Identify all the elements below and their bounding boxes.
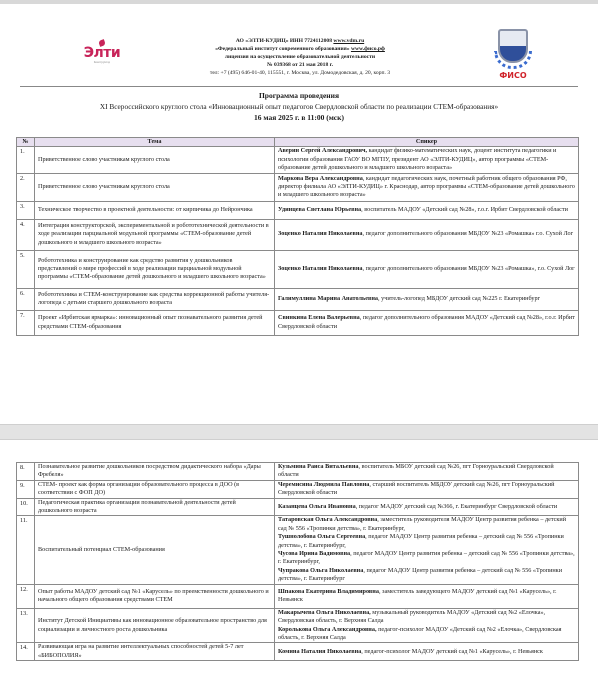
- speaker-entry: Татаровская Ольга Александровна, замести…: [278, 516, 575, 533]
- row-number: 1.: [17, 147, 35, 173]
- shield-icon: [498, 29, 528, 63]
- program-table-part-2: 8.Познавательное развитие дошкольников п…: [16, 462, 579, 661]
- row-topic: СТЕМ- проект как форма организации образ…: [35, 480, 275, 498]
- fiso-link[interactable]: www.фисо.рф: [351, 46, 385, 52]
- row-topic: Робототехника и конструирование как сред…: [35, 250, 275, 288]
- table-row: 1.Приветственное слово участникам кругло…: [17, 147, 579, 173]
- speaker-entry: Комина Наталия Николаевна, педагог-психо…: [278, 648, 575, 656]
- header-speaker: Спикер: [275, 138, 579, 147]
- row-number: 14.: [17, 643, 35, 661]
- speaker-name: Зоценко Наталия Николаевна: [278, 265, 363, 272]
- table-row: 7.Проект «Ирбитская ярмарка»: инновацион…: [17, 310, 579, 335]
- table-row: 9.СТЕМ- проект как форма организации обр…: [17, 480, 579, 498]
- table-row: 12.Опыт работы МАДОУ детский сад №1 «Кар…: [17, 584, 579, 608]
- speaker-entry: Зоценко Наталия Николаевна, педагог допо…: [278, 265, 575, 273]
- row-number: 5.: [17, 250, 35, 288]
- header-topic: Тема: [35, 138, 275, 147]
- program-subtitle: XI Всероссийского круглого стола «Иннова…: [0, 101, 598, 112]
- speaker-name: Чупракова Ольга Николаевна: [278, 567, 363, 574]
- speaker-description: , педагог дополнительного образования МБ…: [363, 230, 574, 237]
- row-number: 13.: [17, 608, 35, 643]
- row-topic: Интеграция конструкторской, эксперимента…: [35, 219, 275, 250]
- row-number: 9.: [17, 480, 35, 498]
- elti-logo-text: Элти: [82, 46, 122, 60]
- speaker-name: Шпакова Екатерина Владимировна: [278, 588, 379, 595]
- row-number: 8.: [17, 463, 35, 481]
- row-number: 10.: [17, 498, 35, 516]
- table-row: 14.Развивающая игра на развитие интеллек…: [17, 643, 579, 661]
- company-line: АО «ЭЛТИ-КУДИЦ» ИНН 7724112008: [236, 38, 334, 44]
- row-number: 4.: [17, 219, 35, 250]
- speaker-description: , педагог МАДОУ детский сад №366, г. Ека…: [356, 503, 558, 510]
- table-row: 6.Робототехника и СТЕМ-конструирование к…: [17, 288, 579, 310]
- table-row: 3.Техническое творчество в проектной дея…: [17, 201, 579, 219]
- row-topic: Развивающая игра на развитие интеллектуа…: [35, 643, 275, 661]
- row-speaker: Маркова Вера Александровна, кандидат пед…: [275, 173, 579, 201]
- speaker-name: Кузьмина Раиса Витальевна: [278, 463, 359, 470]
- speaker-name: Татаровская Ольга Александровна: [278, 516, 377, 523]
- row-number: 3.: [17, 201, 35, 219]
- row-speaker: Галимуллина Марина Анатольевна, учитель-…: [275, 288, 579, 310]
- speaker-name: Свинкина Елена Валерьевна: [278, 314, 360, 321]
- row-number: 11.: [17, 516, 35, 584]
- row-topic: Приветственное слово участникам круглого…: [35, 173, 275, 201]
- speaker-entry: Удинцева Светлана Юрьевна, воспитатель М…: [278, 206, 575, 214]
- row-topic: Робототехника и СТЕМ-конструирование как…: [35, 288, 275, 310]
- speaker-entry: Черемисина Людмила Павловна, старший вос…: [278, 481, 575, 498]
- vdm-link[interactable]: www.vdm.ru: [333, 38, 364, 44]
- speaker-description: , педагог-психолог МАДОУ детский сад №1 …: [361, 648, 543, 655]
- table-row: 8.Познавательное развитие дошкольников п…: [17, 463, 579, 481]
- speaker-entry: Свинкина Елена Валерьевна, педагог допол…: [278, 314, 575, 331]
- program-table-part-1: № Тема Спикер 1.Приветственное слово уча…: [16, 137, 579, 336]
- table-header-row: № Тема Спикер: [17, 138, 579, 147]
- program-date: 16 мая 2025 г. в 11:00 (мск): [0, 112, 598, 123]
- row-speaker: Черемисина Людмила Павловна, старший вос…: [275, 480, 579, 498]
- speaker-entry: Аверин Сергей Александрович, кандидат фи…: [278, 147, 575, 172]
- speaker-name: Тушнолобова Ольга Сергеевна: [278, 533, 365, 540]
- license-number: № 039368 от 21 мая 2018 г.: [150, 61, 450, 69]
- row-speaker: Зоценко Наталия Николаевна, педагог допо…: [275, 250, 579, 288]
- speaker-description: , учитель-логопед МБДОУ детский сад №225…: [378, 295, 540, 302]
- speaker-description: , воспитатель МАДОУ «Детский сад №28», г…: [361, 206, 568, 213]
- row-topic: Опыт работы МАДОУ детский сад №1 «Карусе…: [35, 584, 275, 608]
- row-topic: Воспитательный потенциал СТЕМ-образовани…: [35, 516, 275, 584]
- letterhead-text: АО «ЭЛТИ-КУДИЦ» ИНН 7724112008 www.vdm.r…: [150, 37, 450, 77]
- row-speaker: Аверин Сергей Александрович, кандидат фи…: [275, 147, 579, 173]
- row-speaker: Макарычева Ольга Николаевна, музыкальный…: [275, 608, 579, 643]
- row-topic: Приветственное слово участникам круглого…: [35, 147, 275, 173]
- contact-line: тел: +7 (495) 646-01-40, 115551, г. Моск…: [150, 69, 450, 77]
- program-title-block: Программа проведения XI Всероссийского к…: [0, 90, 598, 123]
- speaker-entry: Тушнолобова Ольга Сергеевна, педагог МАД…: [278, 533, 575, 550]
- speaker-name: Удинцева Светлана Юрьевна: [278, 206, 361, 213]
- table-row: 4.Интеграция конструкторской, эксперимен…: [17, 219, 579, 250]
- page-break: [0, 424, 598, 440]
- row-number: 12.: [17, 584, 35, 608]
- row-number: 7.: [17, 310, 35, 335]
- letterhead-divider: [20, 86, 578, 87]
- document-page-1: Элти Конструктор АО «ЭЛТИ-КУДИЦ» ИНН 772…: [0, 4, 598, 424]
- speaker-name: Королькова Ольга Александровна,: [278, 626, 377, 633]
- speaker-name: Маркова Вера Александровна: [278, 175, 363, 182]
- speaker-entry: Королькова Ольга Александровна, педагог-…: [278, 626, 575, 643]
- row-topic: Проект «Ирбитская ярмарка»: инновационны…: [35, 310, 275, 335]
- table-row: 10.Педагогическая практика организации п…: [17, 498, 579, 516]
- row-speaker: Зоценко Наталия Николаевна, педагог допо…: [275, 219, 579, 250]
- elti-logo: Элти Конструктор: [82, 46, 122, 76]
- speaker-entry: Казанцева Ольга Ивановна, педагог МАДОУ …: [278, 503, 575, 511]
- row-speaker: Свинкина Елена Валерьевна, педагог допол…: [275, 310, 579, 335]
- row-speaker: Казанцева Ольга Ивановна, педагог МАДОУ …: [275, 498, 579, 516]
- speaker-name: Аверин Сергей Александрович,: [278, 147, 367, 154]
- row-speaker: Комина Наталия Николаевна, педагог-психо…: [275, 643, 579, 661]
- header-num: №: [17, 138, 35, 147]
- speaker-name: Комина Наталия Николаевна: [278, 648, 361, 655]
- speaker-name: Макарычева Ольга Николаевна,: [278, 609, 371, 616]
- row-speaker: Кузьмина Раиса Витальевна, воспитатель М…: [275, 463, 579, 481]
- fiso-logo: ФИСО: [494, 29, 532, 85]
- row-topic: Техническое творчество в проектной деяте…: [35, 201, 275, 219]
- letterhead: Элти Конструктор АО «ЭЛТИ-КУДИЦ» ИНН 772…: [0, 4, 598, 84]
- row-speaker: Татаровская Ольга Александровна, замести…: [275, 516, 579, 584]
- row-speaker: Удинцева Светлана Юрьевна, воспитатель М…: [275, 201, 579, 219]
- speaker-entry: Кузьмина Раиса Витальевна, воспитатель М…: [278, 463, 575, 480]
- speaker-entry: Чусова Ирина Вадимовна, педагог МАДОУ Це…: [278, 550, 575, 567]
- speaker-name: Казанцева Ольга Ивановна: [278, 503, 356, 510]
- row-speaker: Шпакова Екатерина Владимировна, заместит…: [275, 584, 579, 608]
- program-heading: Программа проведения: [0, 90, 598, 101]
- row-number: 6.: [17, 288, 35, 310]
- speaker-entry: Шпакова Екатерина Владимировна, заместит…: [278, 588, 575, 605]
- speaker-entry: Макарычева Ольга Николаевна, музыкальный…: [278, 609, 575, 626]
- institute-line: «Федеральный институт современного образ…: [215, 46, 351, 52]
- table-row: 11.Воспитательный потенциал СТЕМ-образов…: [17, 516, 579, 584]
- speaker-entry: Галимуллина Марина Анатольевна, учитель-…: [278, 295, 575, 303]
- table-row: 13.Институт Детской Инициативы как иннов…: [17, 608, 579, 643]
- row-number: 2.: [17, 173, 35, 201]
- license-line: лицензия на осуществление образовательно…: [150, 53, 450, 61]
- speaker-name: Черемисина Людмила Павловна: [278, 481, 369, 488]
- speaker-entry: Зоценко Наталия Николаевна, педагог допо…: [278, 230, 575, 238]
- speaker-entry: Чупракова Ольга Николаевна, педагог МАДО…: [278, 567, 575, 584]
- speaker-name: Галимуллина Марина Анатольевна: [278, 295, 378, 302]
- row-topic: Познавательное развитие дошкольников пос…: [35, 463, 275, 481]
- speaker-name: Зоценко Наталия Николаевна: [278, 230, 363, 237]
- speaker-entry: Маркова Вера Александровна, кандидат пед…: [278, 175, 575, 200]
- speaker-name: Чусова Ирина Вадимовна: [278, 550, 350, 557]
- speaker-description: , педагог дополнительного образования МБ…: [363, 265, 575, 272]
- table-row: 2.Приветственное слово участникам кругло…: [17, 173, 579, 201]
- fiso-logo-text: ФИСО: [494, 71, 532, 80]
- row-topic: Педагогическая практика организации позн…: [35, 498, 275, 516]
- row-topic: Институт Детской Инициативы как инноваци…: [35, 608, 275, 643]
- table-row: 5.Робототехника и конструирование как ср…: [17, 250, 579, 288]
- document-page-2: 8.Познавательное развитие дошкольников п…: [0, 440, 598, 700]
